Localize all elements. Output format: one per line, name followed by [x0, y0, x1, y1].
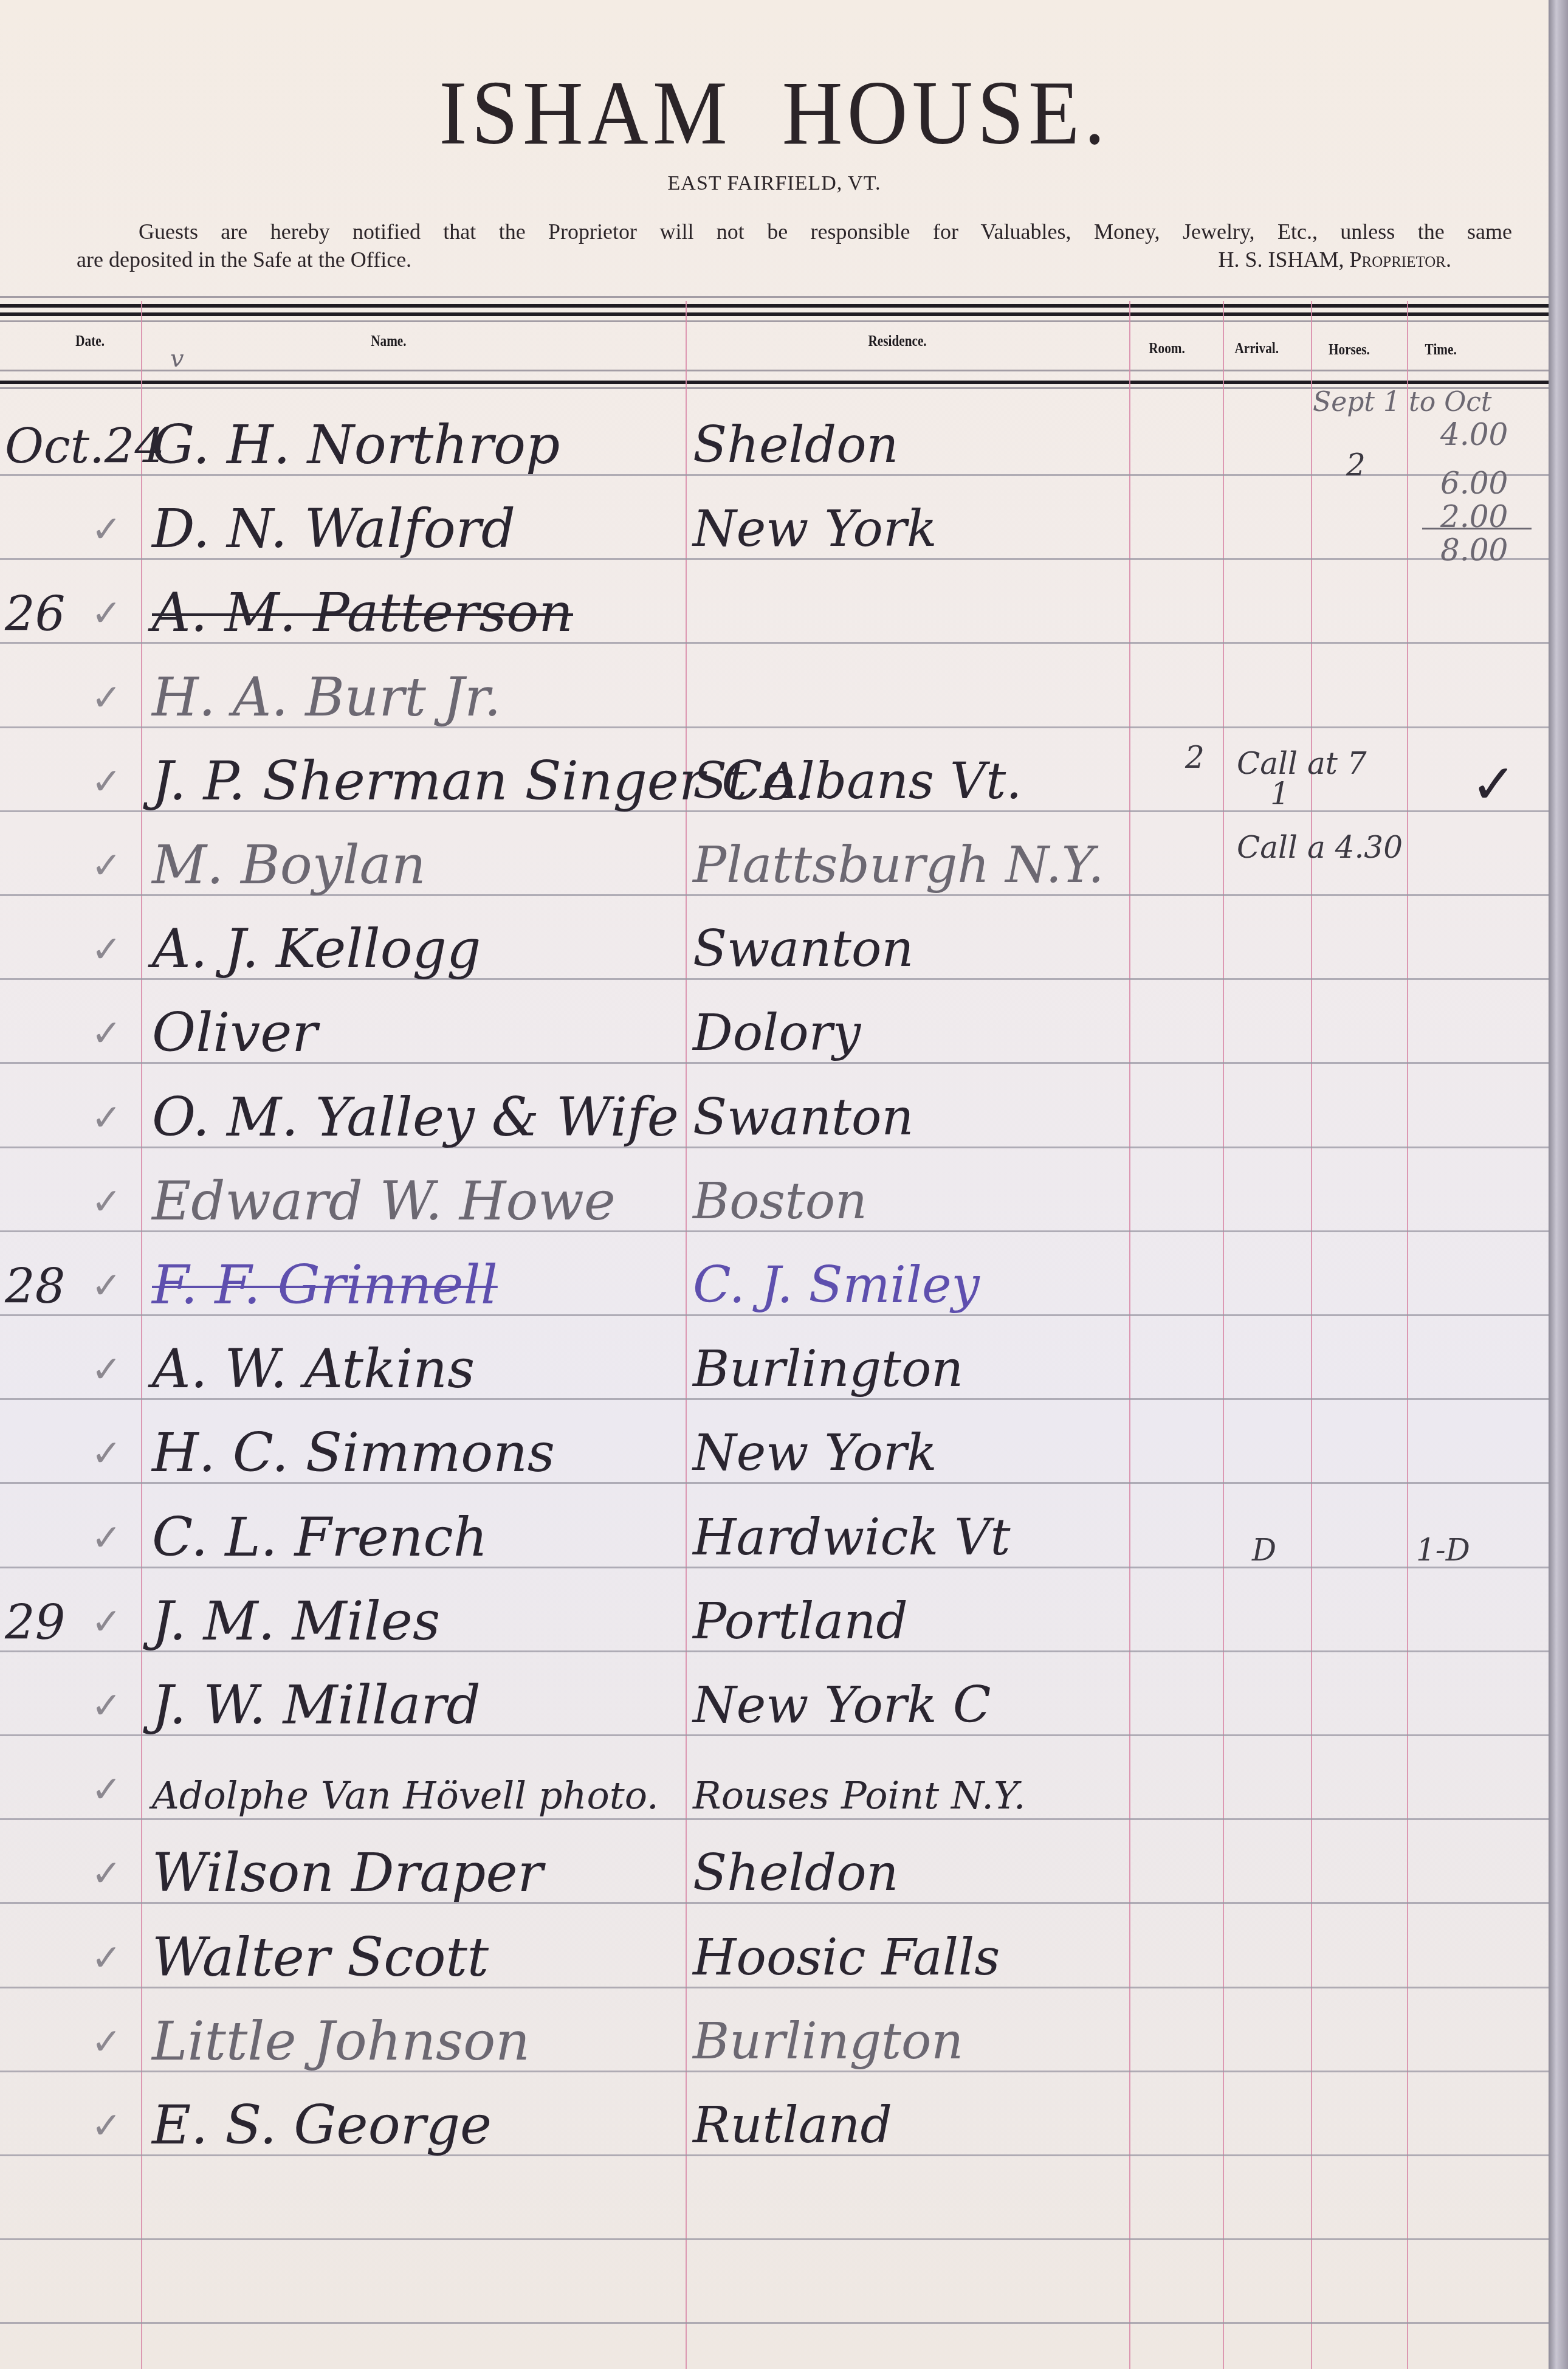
column-header-residence: Residence.: [868, 333, 926, 350]
entry-name: F. F. Grinnell: [152, 1258, 498, 1312]
entry-residence: Plattsburgh N.Y.: [693, 841, 1104, 891]
column-rule: [1129, 301, 1130, 2369]
title-word-house: HOUSE.: [782, 63, 1110, 164]
entry-name: Oliver: [152, 1006, 317, 1060]
check-mark-icon: ✓: [91, 1937, 122, 1979]
entry-name: G. H. Northrop: [152, 418, 560, 472]
hotel-location: EAST FAIRFIELD, VT.: [0, 172, 1549, 195]
entry-name: J. M. Miles: [152, 1595, 440, 1648]
ledger-row-line: [0, 1818, 1549, 1820]
check-mark-icon: ✓: [91, 592, 122, 635]
entry-name: Adolphe Van Hövell photo.: [152, 1777, 659, 1815]
entry-call-note: Call a 4.30: [1237, 832, 1403, 863]
entry-arrival: 1: [1270, 779, 1290, 809]
column-header-room: Room.: [1149, 340, 1185, 357]
entry-name: J. W. Millard: [152, 1678, 481, 1732]
entry-name: H. A. Burt Jr.: [152, 671, 501, 724]
check-mark-icon: ✓: [91, 844, 122, 887]
guest-notice: Guests are hereby notified that the Prop…: [78, 218, 1512, 274]
account-total: 8.00: [1440, 535, 1508, 565]
entry-name: A. J. Kellogg: [152, 922, 481, 976]
check-mark-icon: ✓: [91, 928, 122, 971]
entry-residence: New York: [693, 1429, 937, 1478]
column-header-time: Time.: [1425, 342, 1457, 359]
check-mark-icon: ✓: [91, 1181, 122, 1223]
entry-residence: Swanton: [693, 1093, 913, 1143]
entry-date: 28: [5, 1263, 65, 1311]
rule: [0, 320, 1549, 322]
column-header-horses: Horses.: [1329, 342, 1370, 359]
account-sum-rule: [1422, 528, 1532, 529]
check-mark-icon: ✓: [91, 1264, 122, 1307]
check-mark-icon: ✓: [91, 1348, 122, 1391]
check-mark-icon: ✓: [91, 1517, 122, 1559]
notice-line-2: are deposited in the Safe at the Office.: [77, 246, 411, 274]
entry-residence: Burlington: [693, 1345, 963, 1395]
entry-name: M. Boylan: [152, 838, 426, 892]
entry-time: 1-D: [1416, 1535, 1470, 1565]
entry-name: A. M. Patterson: [152, 586, 573, 640]
entry-residence: Boston: [693, 1177, 867, 1227]
time-check-mark-icon: ✓: [1471, 753, 1516, 816]
check-mark-icon: ✓: [91, 2105, 122, 2147]
proprietor-signature: H. S. ISHAM, Proprietor.: [1218, 246, 1512, 274]
entry-name: A. W. Atkins: [152, 1342, 475, 1396]
rule: [0, 312, 1549, 316]
account-line-1: 4.00: [1440, 419, 1508, 450]
check-mark-icon: ✓: [91, 2021, 122, 2063]
column-header-name: Name.: [371, 333, 406, 350]
rule: [0, 304, 1549, 308]
column-header-arrival: Arrival.: [1234, 340, 1279, 357]
entry-residence: Sheldon: [693, 1849, 898, 1898]
title-word-isham: ISHAM: [439, 63, 732, 164]
book-binding: [1549, 0, 1568, 2369]
entry-room: 2: [1185, 742, 1205, 773]
entry-name: D. N. Walford: [152, 502, 515, 556]
column-header-date: Date.: [75, 333, 105, 350]
check-mark-icon: ✓: [91, 508, 122, 551]
entry-name: E. S. George: [152, 2098, 492, 2152]
entry-residence: Hoosic Falls: [693, 1933, 1000, 1983]
rule: [0, 381, 1549, 384]
column-rule: [141, 301, 142, 2369]
entry-residence: Burlington: [693, 2017, 963, 2067]
check-mark-icon: ✓: [91, 1097, 122, 1139]
entry-date: 29: [5, 1599, 65, 1647]
rule: [0, 296, 1549, 298]
check-mark-icon: ✓: [91, 1601, 122, 1643]
column-rule: [1407, 301, 1408, 2369]
column-rule: [1311, 301, 1312, 2369]
register-page: ISHAMHOUSE. EAST FAIRFIELD, VT. Guests a…: [0, 0, 1549, 2369]
entry-name: C. L. French: [152, 1511, 487, 1564]
entry-residence: Portland: [693, 1597, 908, 1647]
entry-residence: Swanton: [693, 925, 913, 974]
account-horses-count: 2: [1346, 450, 1366, 480]
header-pencil-mark: v: [170, 347, 184, 371]
check-mark-icon: ✓: [91, 1768, 122, 1811]
rule: [0, 370, 1549, 371]
entry-residence: Rouses Point N.Y.: [693, 1777, 1026, 1815]
notice-line-1: Guests are hereby notified that the Prop…: [78, 218, 1512, 246]
entry-residence: Rutland: [693, 2101, 892, 2151]
entry-name: O. M. Yalley & Wife: [152, 1091, 679, 1144]
entry-call-note: Call at 7: [1237, 748, 1367, 779]
check-mark-icon: ✓: [91, 1012, 122, 1055]
entry-name: Edward W. Howe: [152, 1174, 616, 1228]
check-mark-icon: ✓: [91, 1432, 122, 1475]
check-mark-icon: ✓: [91, 760, 122, 803]
entry-residence: New York: [693, 505, 937, 554]
entry-residence: Hardwick Vt: [693, 1513, 1010, 1563]
entry-name: H. C. Simmons: [152, 1426, 555, 1480]
column-rule: [1223, 301, 1224, 2369]
column-rule: [686, 301, 687, 2369]
ledger-row-line: [0, 2322, 1549, 2324]
entry-horses: D: [1252, 1535, 1276, 1565]
entry-name: Little Johnson: [152, 2015, 530, 2068]
check-mark-icon: ✓: [91, 677, 122, 719]
entry-residence: St Albans Vt.: [693, 757, 1022, 807]
hotel-title: ISHAMHOUSE.: [62, 61, 1487, 165]
entry-date: Oct.24: [5, 423, 165, 471]
entry-name: Wilson Draper: [152, 1846, 543, 1900]
account-line-2: 6.00: [1440, 468, 1508, 498]
entry-residence: Dolory: [693, 1009, 861, 1058]
check-mark-icon: ✓: [91, 1685, 122, 1727]
entry-residence: C. J. Smiley: [693, 1261, 980, 1311]
entry-name: Walter Scott: [152, 1931, 489, 1984]
ledger-row-line: [0, 2238, 1549, 2240]
account-heading: Sept 1 to Oct: [1313, 389, 1492, 416]
entry-residence: Sheldon: [693, 421, 898, 471]
check-mark-icon: ✓: [91, 1852, 122, 1895]
entry-date: 26: [5, 591, 65, 638]
entry-residence: New York C: [693, 1681, 991, 1731]
